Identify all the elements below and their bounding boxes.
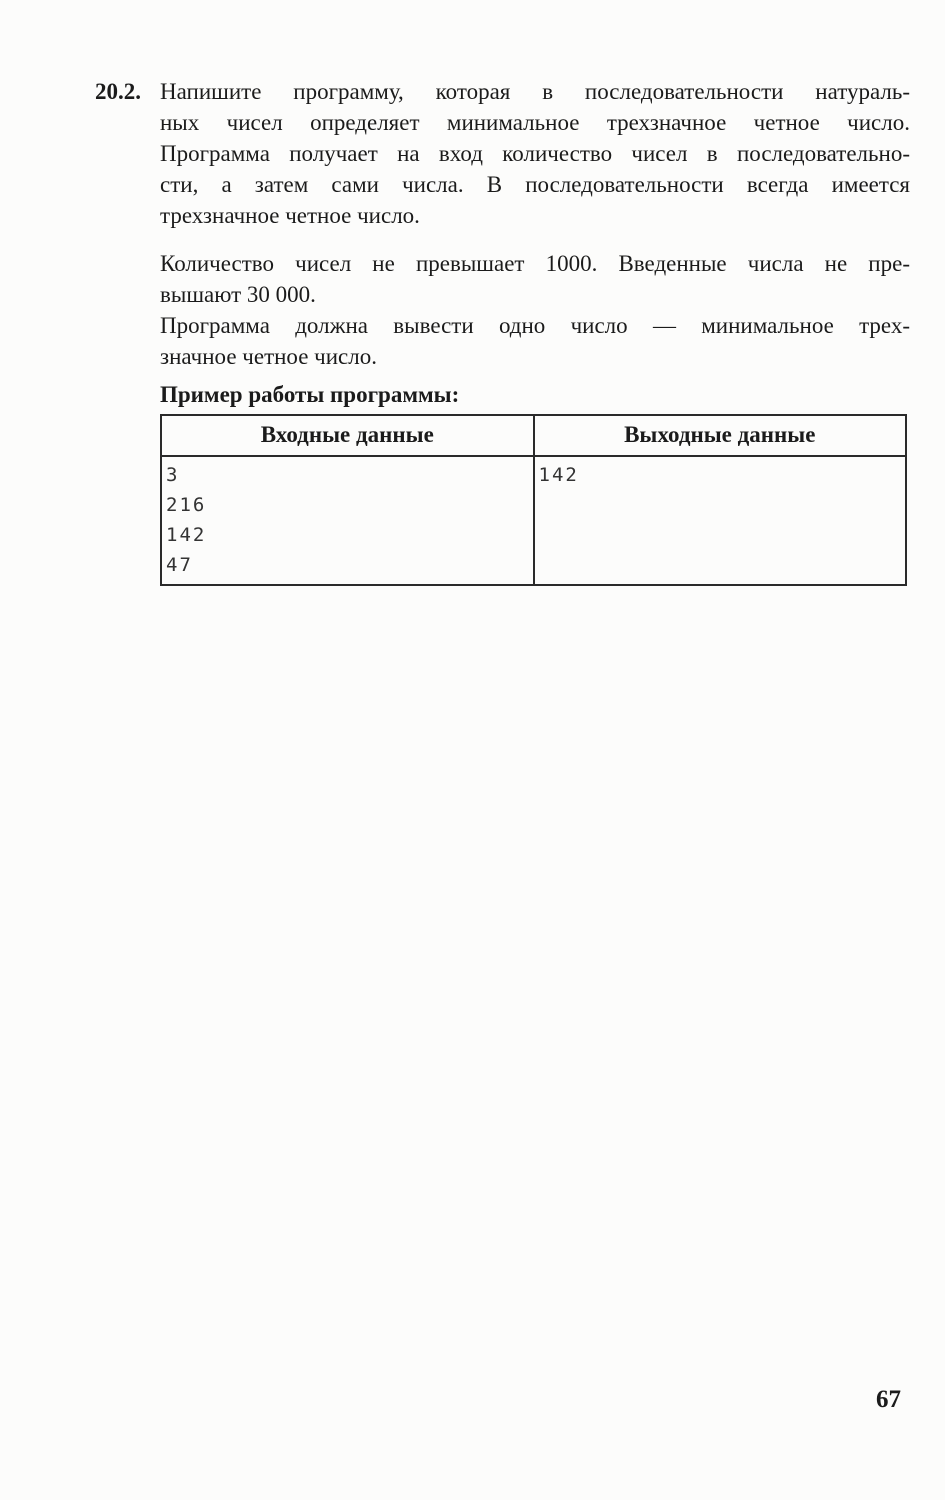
text-line: сти, а затем сами числа. В последователь… bbox=[160, 169, 910, 200]
text-line: Напишите программу, которая в последоват… bbox=[160, 76, 910, 107]
text-line: трехзначное четное число. bbox=[160, 200, 910, 231]
input-value: 142 bbox=[166, 520, 529, 550]
example-table: Входные данные Выходные данные 3 216 142… bbox=[160, 414, 907, 586]
text-line: Программа получает на вход количество чи… bbox=[160, 138, 910, 169]
problem-text-column: Напишите программу, которая в последоват… bbox=[160, 76, 910, 586]
problem-number: 20.2. bbox=[95, 76, 141, 107]
text-line: Программа должна вывести одно число — ми… bbox=[160, 310, 910, 341]
text-line: вышают 30 000. bbox=[160, 279, 910, 310]
table-header-output: Выходные данные bbox=[534, 415, 907, 456]
input-value: 47 bbox=[166, 550, 529, 580]
table-data-row: 3 216 142 47 142 bbox=[161, 456, 906, 585]
document-page: 20.2. Напишите программу, которая в посл… bbox=[0, 0, 945, 1500]
text-line: Количество чисел не превышает 1000. Введ… bbox=[160, 248, 910, 279]
table-header-input: Входные данные bbox=[161, 415, 534, 456]
input-value: 3 bbox=[166, 460, 529, 490]
input-value: 216 bbox=[166, 490, 529, 520]
input-data-cell: 3 216 142 47 bbox=[161, 456, 534, 585]
text-line: ных чисел определяет минимальное трехзна… bbox=[160, 107, 910, 138]
table-header-row: Входные данные Выходные данные bbox=[161, 415, 906, 456]
example-heading: Пример работы программы: bbox=[160, 379, 910, 410]
text-line: значное четное число. bbox=[160, 341, 910, 372]
problem-paragraph-2: Количество чисел не превышает 1000. Введ… bbox=[160, 248, 910, 310]
output-value: 142 bbox=[539, 460, 902, 490]
problem-paragraph-3: Программа должна вывести одно число — ми… bbox=[160, 310, 910, 372]
page-number: 67 bbox=[876, 1386, 901, 1414]
problem-paragraph-1: Напишите программу, которая в последоват… bbox=[160, 76, 910, 231]
output-data-cell: 142 bbox=[534, 456, 907, 585]
